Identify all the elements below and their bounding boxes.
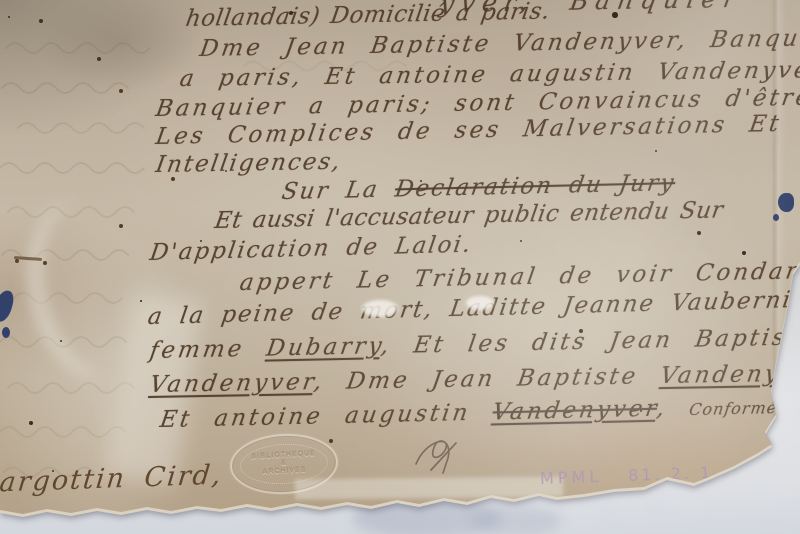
- blue-ink-blot: [2, 327, 10, 338]
- line-segment: femme: [148, 336, 269, 365]
- stamp-inner-ring: [239, 442, 329, 487]
- repair-tape-strip: [295, 477, 563, 500]
- underlined-name-dubarry: Dubarry: [265, 333, 384, 361]
- blue-ink-blot: [773, 214, 779, 221]
- paper-abrasion-patch: [362, 300, 398, 317]
- manuscript-line: Intelligences,: [154, 149, 344, 178]
- paraph-flourish: [404, 432, 484, 477]
- ink-specks: [0, 0, 2, 2]
- paper-stack: yver, Banquier hollandais) Domicilié a p…: [0, 0, 800, 534]
- line-segment: ,: [655, 395, 692, 422]
- catalog-label: MPML: [540, 467, 603, 488]
- paper-abrasion-patch: [466, 296, 494, 310]
- manuscript-paper: yver, Banquier hollandais) Domicilié a p…: [0, 0, 800, 534]
- manuscript-photo: yver, Banquier hollandais) Domicilié a p…: [0, 0, 800, 534]
- line-segment-small: Conformément: [688, 397, 800, 419]
- line-segment: Sur La: [280, 176, 397, 205]
- underlined-name-vandenyver: Vandenyver: [148, 369, 316, 398]
- underlined-name-vandenyver: Vandenyver: [658, 360, 800, 389]
- blue-ink-blot: [778, 193, 794, 212]
- overwritten-name-vandenyver: Vandenyver: [491, 396, 659, 426]
